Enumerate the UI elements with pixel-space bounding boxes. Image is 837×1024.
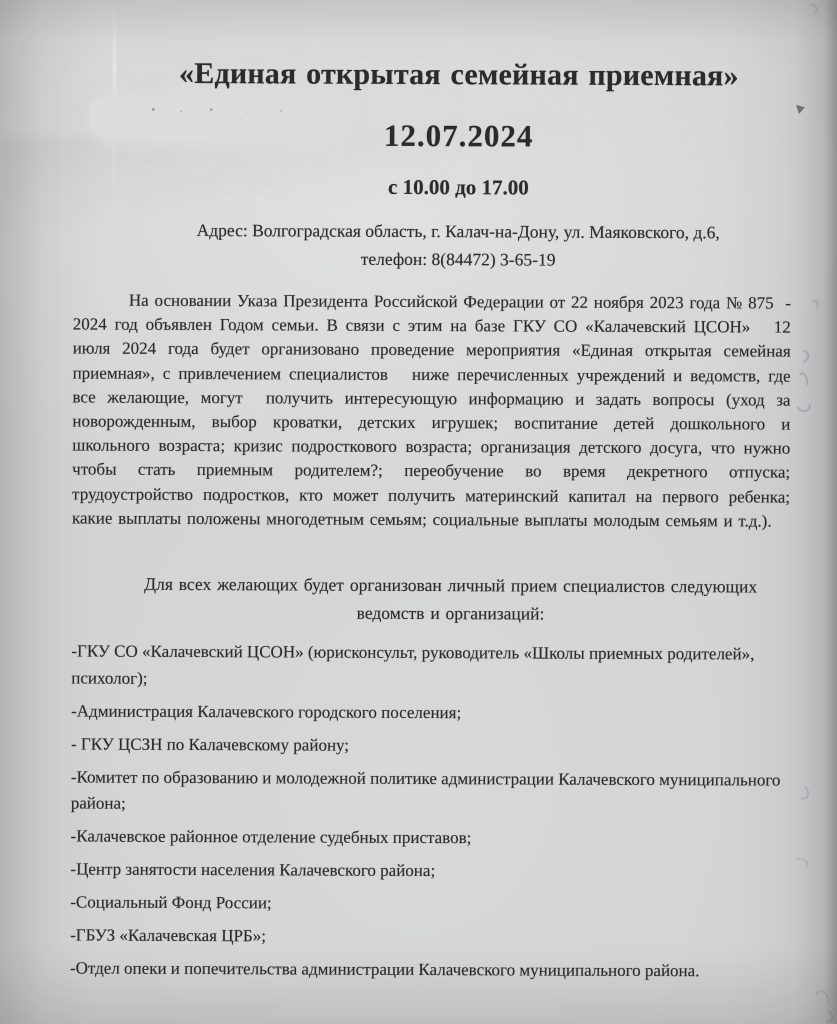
document-sheet: «Единая открытая семейная приемная» 12.0… <box>0 0 837 1024</box>
invite-line: ведомств и организаций: <box>92 598 810 629</box>
scanned-page-photo: «Единая открытая семейная приемная» 12.0… <box>0 0 837 1024</box>
phone-line: телефон: 8(84472) 3-65-19 <box>99 244 817 275</box>
list-item: -ГБУЗ «Калачевская ЦРБ»; <box>70 923 788 953</box>
address-block: Адрес: Волгоградская область, г. Калач-н… <box>99 217 817 275</box>
intro-paragraph: На основании Указа Президента Российской… <box>72 288 791 533</box>
invite-block: Для всех желающих будет организован личн… <box>92 571 810 629</box>
list-item: -ГКУ СО «Калачевский ЦСОН» (юрисконсульт… <box>71 639 789 695</box>
list-item: -Социальный Фонд России; <box>70 890 788 920</box>
list-item: -Комитет по образованию и молодежной пол… <box>71 764 789 820</box>
photo-edge-shadow <box>824 0 837 1024</box>
organizations-list: -ГКУ СО «Калачевский ЦСОН» (юрисконсульт… <box>70 639 789 986</box>
list-item: -Отдел опеки и попечительства администра… <box>70 956 788 986</box>
invite-line: Для всех желающих будет организован личн… <box>92 571 810 602</box>
list-item: -Администрация Калачевского городского п… <box>71 698 789 728</box>
address-line: Адрес: Волгоградская область, г. Калач-н… <box>99 217 817 248</box>
document-time: с 10.00 до 17.00 <box>99 173 817 202</box>
list-item: - ГКУ ЦСЗН по Калачевскому району; <box>71 731 789 761</box>
list-item: -Центр занятости населения Калачевского … <box>70 857 788 887</box>
document-title: «Единая открытая семейная приемная» <box>100 55 818 96</box>
document-date: 12.07.2024 <box>100 115 818 158</box>
list-item: -Калачевское районное отделение судебных… <box>71 824 789 854</box>
